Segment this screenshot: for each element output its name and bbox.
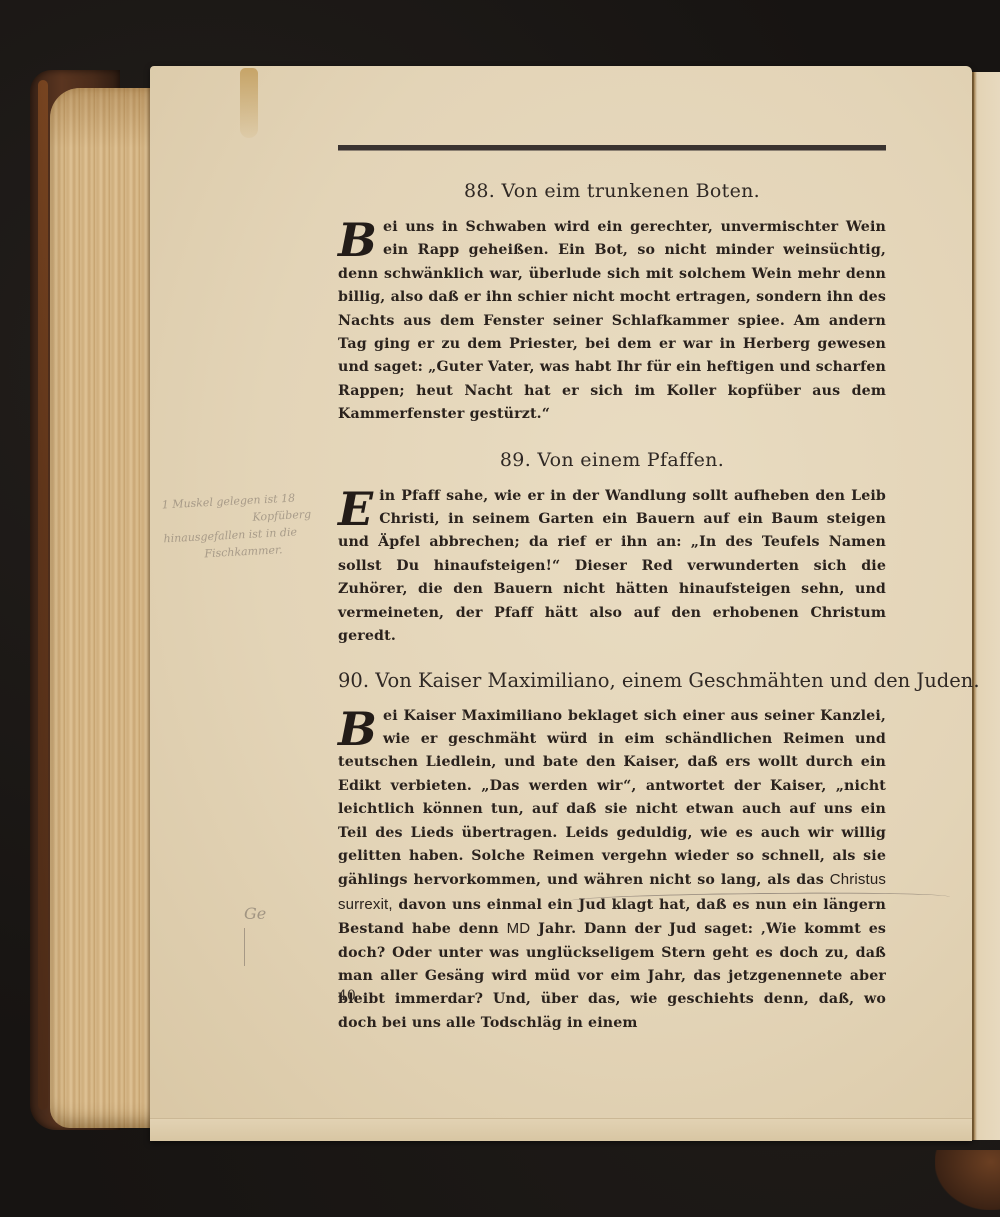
pencil-marginal-note: 1 Muskel gelegen ist 18 Kopfüberg hinaus… xyxy=(161,488,334,565)
drop-cap: B xyxy=(338,709,377,749)
story-text-89: Ein Pfaff sahe, wie er in der Wandlung s… xyxy=(338,485,886,649)
page-block-edges xyxy=(50,88,165,1128)
page-bottom-edge xyxy=(150,1118,972,1141)
facing-page-edge xyxy=(972,72,1000,1140)
drop-cap: E xyxy=(338,489,373,529)
page-number: 40 xyxy=(338,988,356,1004)
header-rule xyxy=(338,145,886,150)
pencil-margin-line xyxy=(244,928,245,966)
story-title-88: 88. Von eim trunkenen Boten. xyxy=(338,180,886,202)
story-text-88: Bei uns in Schwaben wird ein gerechter, … xyxy=(338,216,886,427)
drop-cap: B xyxy=(338,220,377,260)
water-stain xyxy=(240,68,258,138)
pencil-mark: Ge xyxy=(244,904,266,923)
story-title-90: 90. Von Kaiser Maximiliano, einem Geschm… xyxy=(338,669,886,692)
text-block: 88. Von eim trunkenen Boten. Bei uns in … xyxy=(338,145,886,1035)
story-title-89: 89. Von einem Pfaffen. xyxy=(338,449,886,471)
story-text-90: Bei Kaiser Maximiliano beklaget sich ein… xyxy=(338,705,886,1036)
roman-numeral: MD xyxy=(507,920,531,937)
leather-cover-corner xyxy=(935,1150,1000,1210)
